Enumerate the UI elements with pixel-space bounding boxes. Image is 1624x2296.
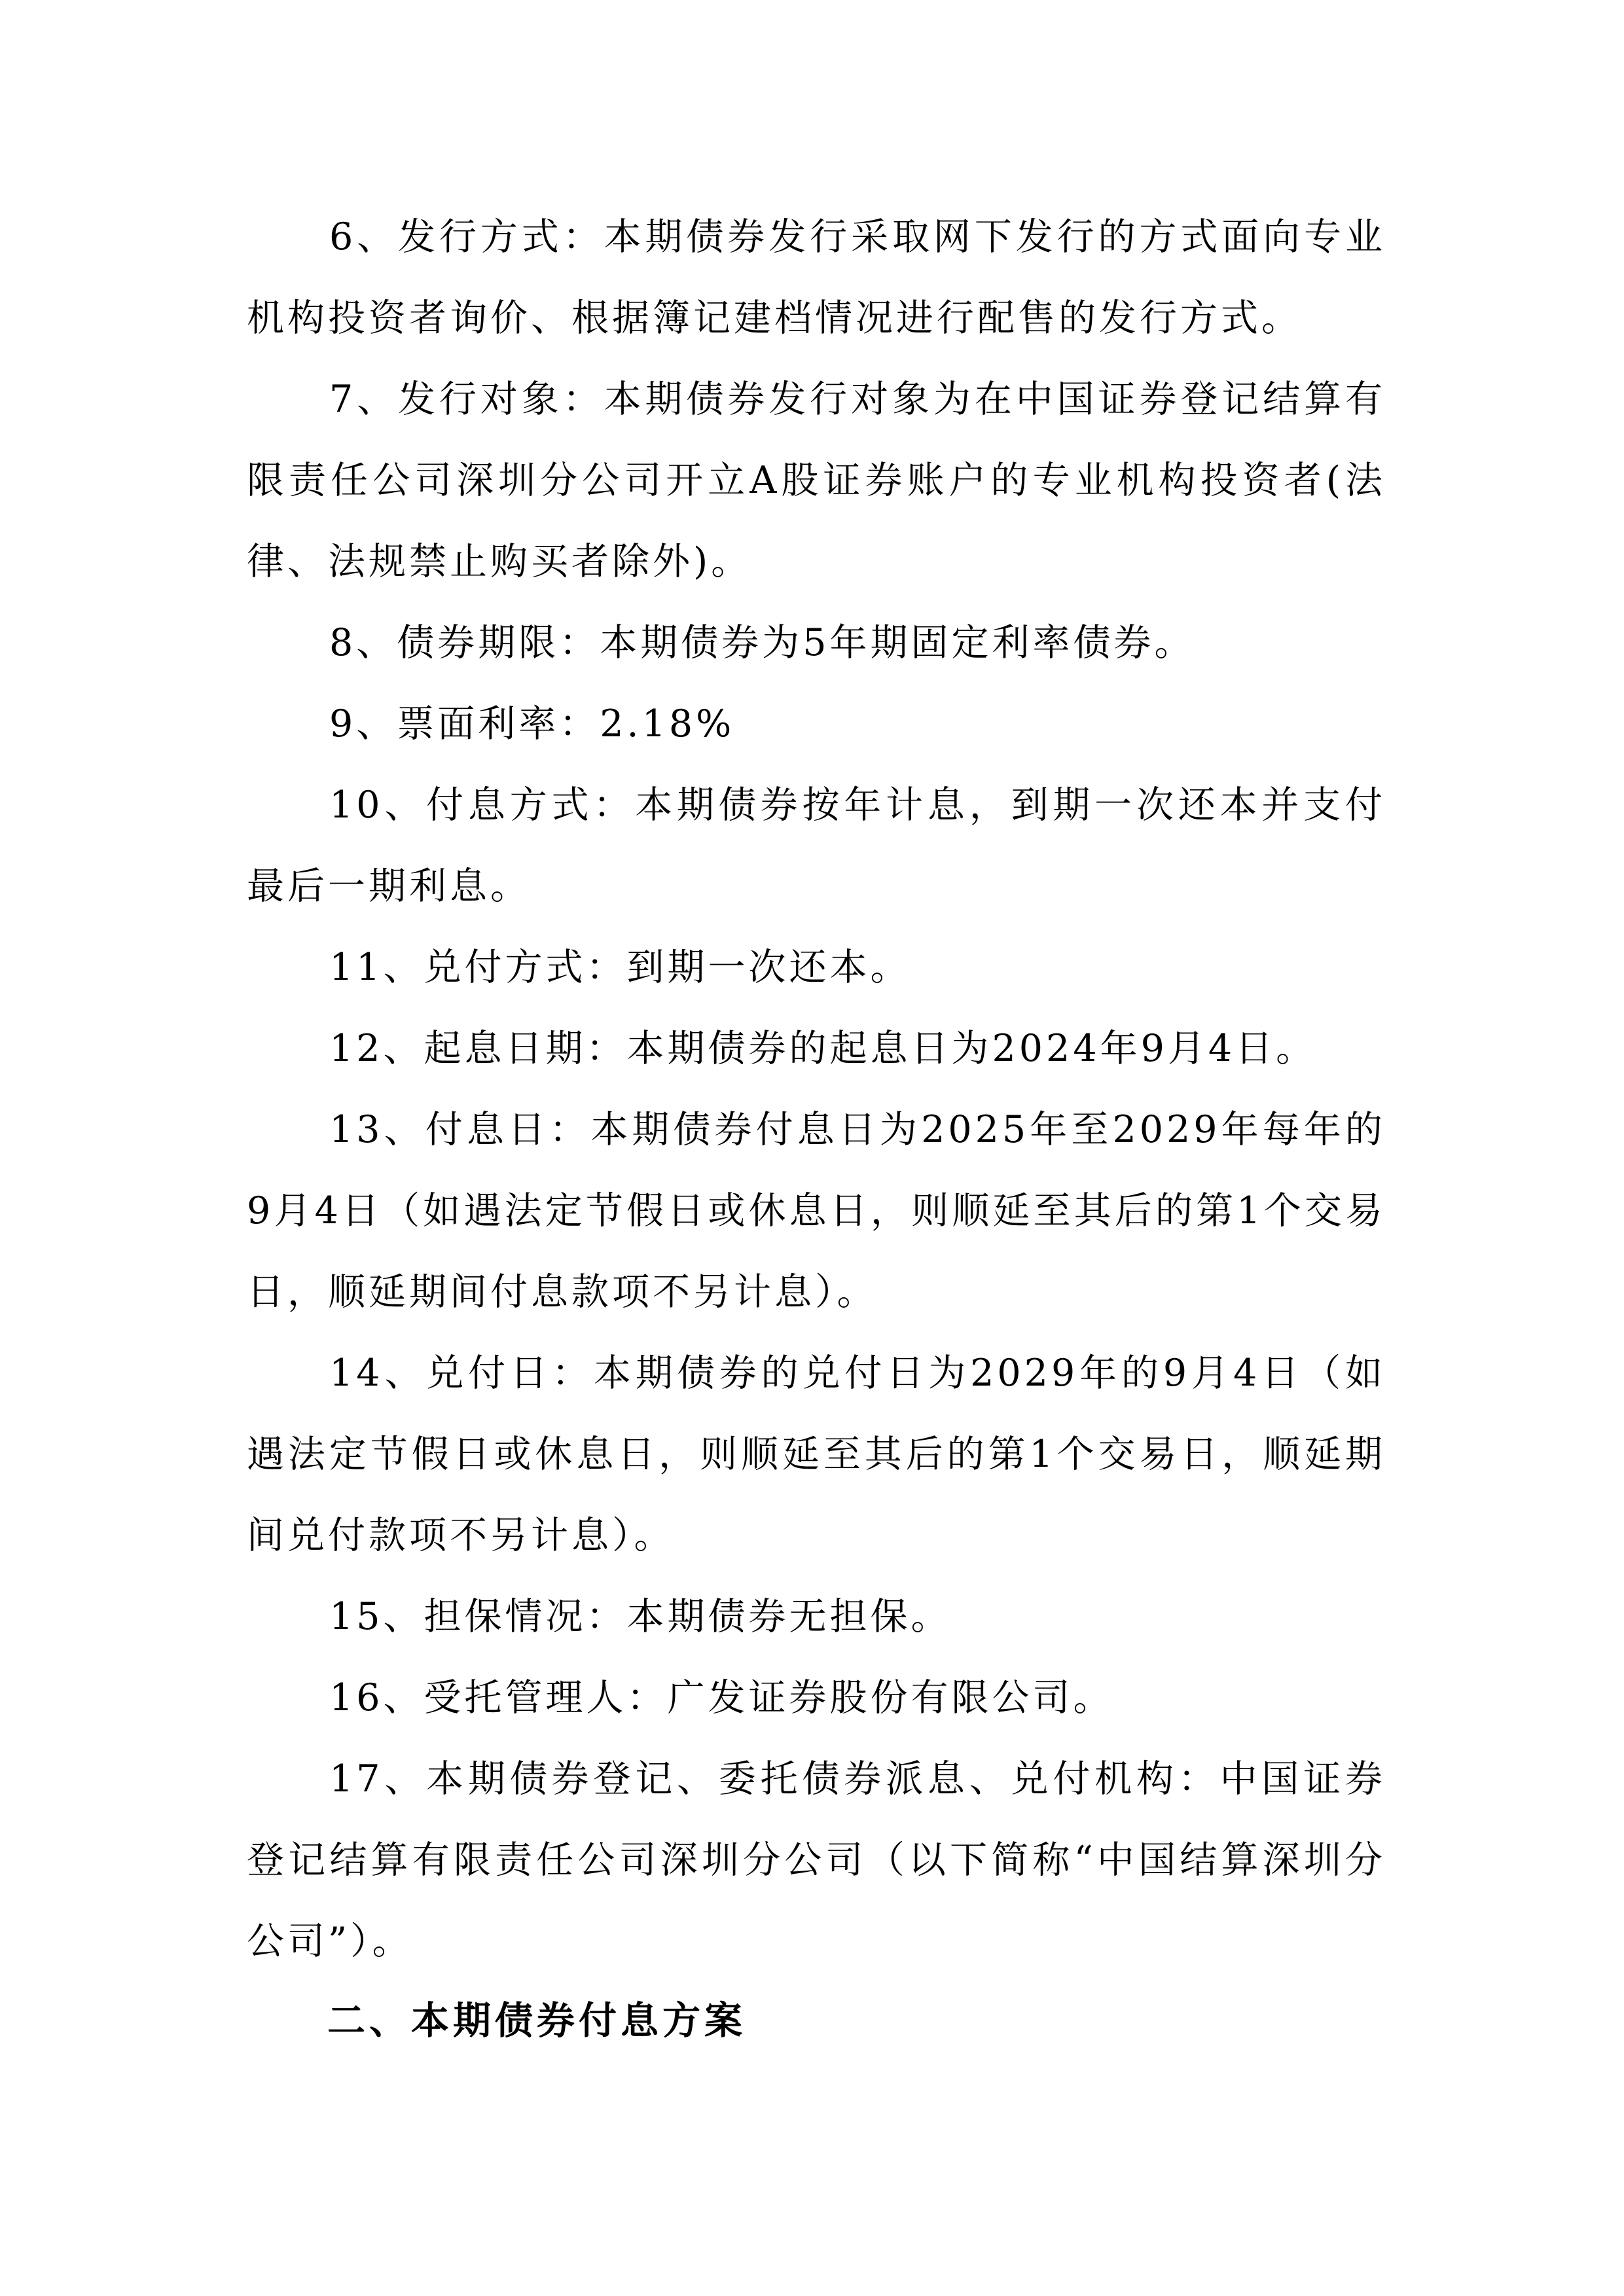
item-trustee: 16、受托管理人：广发证券股份有限公司。 bbox=[247, 1657, 1386, 1738]
item-registration-agency: 17、本期债券登记、委托债券派息、兑付机构：中国证券登记结算有限责任公司深圳分公… bbox=[247, 1738, 1386, 1982]
item-value-date: 12、起息日期：本期债券的起息日为2024年9月4日。 bbox=[247, 1008, 1386, 1089]
item-issuance-target: 7、发行对象：本期债券发行对象为在中国证券登记结算有限责任公司深圳分公司开立A股… bbox=[247, 359, 1386, 602]
item-redemption-date: 14、兑付日：本期债券的兑付日为2029年的9月4日（如遇法定节假日或休息日，则… bbox=[247, 1333, 1386, 1576]
item-coupon-rate: 9、票面利率：2.18% bbox=[247, 683, 1386, 764]
document-body: 6、发行方式：本期债券发行采取网下发行的方式面向专业机构投资者询价、根据簿记建档… bbox=[247, 196, 1386, 1982]
item-bond-term: 8、债券期限：本期债券为5年期固定利率债券。 bbox=[247, 602, 1386, 683]
section-heading: 二、本期债券付息方案 bbox=[327, 1990, 746, 2045]
item-interest-payment-date: 13、付息日：本期债券付息日为2025年至2029年每年的9月4日（如遇法定节假… bbox=[247, 1089, 1386, 1333]
item-interest-payment-method: 10、付息方式：本期债券按年计息，到期一次还本并支付最后一期利息。 bbox=[247, 764, 1386, 927]
item-guarantee: 15、担保情况：本期债券无担保。 bbox=[247, 1576, 1386, 1657]
item-issuance-method: 6、发行方式：本期债券发行采取网下发行的方式面向专业机构投资者询价、根据簿记建档… bbox=[247, 196, 1386, 359]
item-redemption-method: 11、兑付方式：到期一次还本。 bbox=[247, 927, 1386, 1008]
